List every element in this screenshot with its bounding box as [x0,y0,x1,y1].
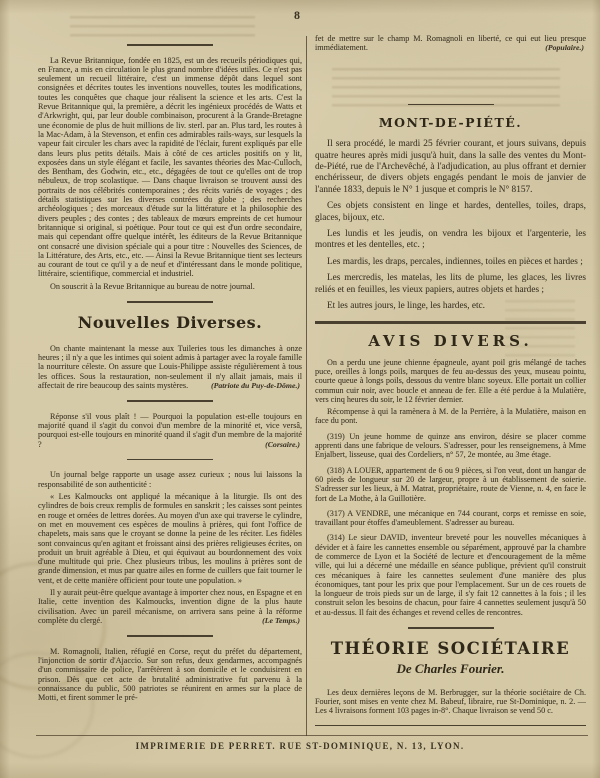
nouvelles-diverses-title: Nouvelles Diverses. [38,313,302,332]
population-item: Réponse s'il vous plaît ! — Pourquoi la … [38,412,302,449]
mont-paragraph: Les mardis, les draps, percales, indienn… [315,257,586,268]
romagnoli-item: M. Romagnoli, Italien, réfugié en Corse,… [38,647,302,703]
section-divider-rule [408,104,494,106]
section-divider-rule [127,400,213,402]
mont-paragraph: Les mercredis, les matelas, les lits de … [315,273,586,296]
avis-item-319: (319) Un jeune homme de quinze ans envir… [315,432,586,460]
right-column: fet de mettre sur le champ M. Romagnoli … [315,34,586,740]
theorie-text: Les deux dernières leçons de M. Berbrugg… [315,688,586,716]
theorie-societaire-title: THÉORIE SOCIÉTAIRE [315,639,586,658]
imprint-footer: IMPRIMERIE DE PERRET. RUE ST-DOMINIQUE, … [0,741,600,751]
mont-paragraph: Les lundis et les jeudis, on vendra les … [315,229,586,252]
footer-rule [36,735,588,736]
kalmoucks-quote: « Les Kalmoucks ont appliqué la mécaniqu… [38,492,302,585]
mont-paragraph: Il sera procédé, le mardi 25 février cou… [315,139,586,196]
mont-paragraph: Et les autres jours, le linge, les harde… [315,301,586,312]
avis-item-318: (318) A LOUER, appartement de 6 ou 9 piè… [315,466,586,503]
source-populaire: (Populaire.) [545,43,584,52]
avis-item-314: (314) Le sieur DAVID, inventeur breveté … [315,533,586,617]
section-divider-rule [408,627,494,629]
column-divider [306,36,307,736]
subscribe-line: On souscrit à la Revue Britannique au bu… [38,282,302,291]
left-column: La Revue Britannique, fondée en 1825, es… [38,34,302,740]
mont-paragraph: Ces objets consistent en linge et hardes… [315,201,586,224]
section-divider-rule [127,635,213,637]
source-le-temps: (Le Temps.) [250,616,300,625]
section-divider-rule [127,44,213,46]
avis-divers-title: AVIS DIVERS. [315,332,586,350]
kalmoucks-comment: Il y aurait peut-être quelque avantage à… [38,588,302,625]
romagnoli-continuation: fet de mettre sur le champ M. Romagnoli … [315,34,586,53]
avis-item-reward: Récompense à qui la ramènera à M. de la … [315,407,586,426]
section-divider-rule [315,321,586,323]
section-divider-rule [127,301,213,303]
source-corsaire: (Corsaire.) [253,440,300,449]
revue-britannique-notice: La Revue Britannique, fondée en 1825, es… [38,56,302,279]
avis-item-lost-dog: On a perdu une jeune chienne épagneule, … [315,358,586,404]
page-number: 8 [0,8,600,23]
fourier-subtitle: De Charles Fourier. [315,661,586,677]
source-patriote: (Patriote du Puy-de-Dôme.) [199,381,300,390]
kalmoucks-intro: Un journal belge rapporte un usage assez… [38,470,302,489]
section-divider-rule [315,725,586,726]
mont-de-piete-title: MONT-DE-PIÉTÉ. [315,115,586,130]
newspaper-page: 8 La Revue Britannique, fondée en 1825, … [0,0,600,778]
section-divider-rule [127,459,213,461]
avis-item-317: (317) A VENDRE, une mécanique en 744 cou… [315,509,586,528]
tuileries-item: On chante maintenant la messe aux Tuiler… [38,344,302,390]
